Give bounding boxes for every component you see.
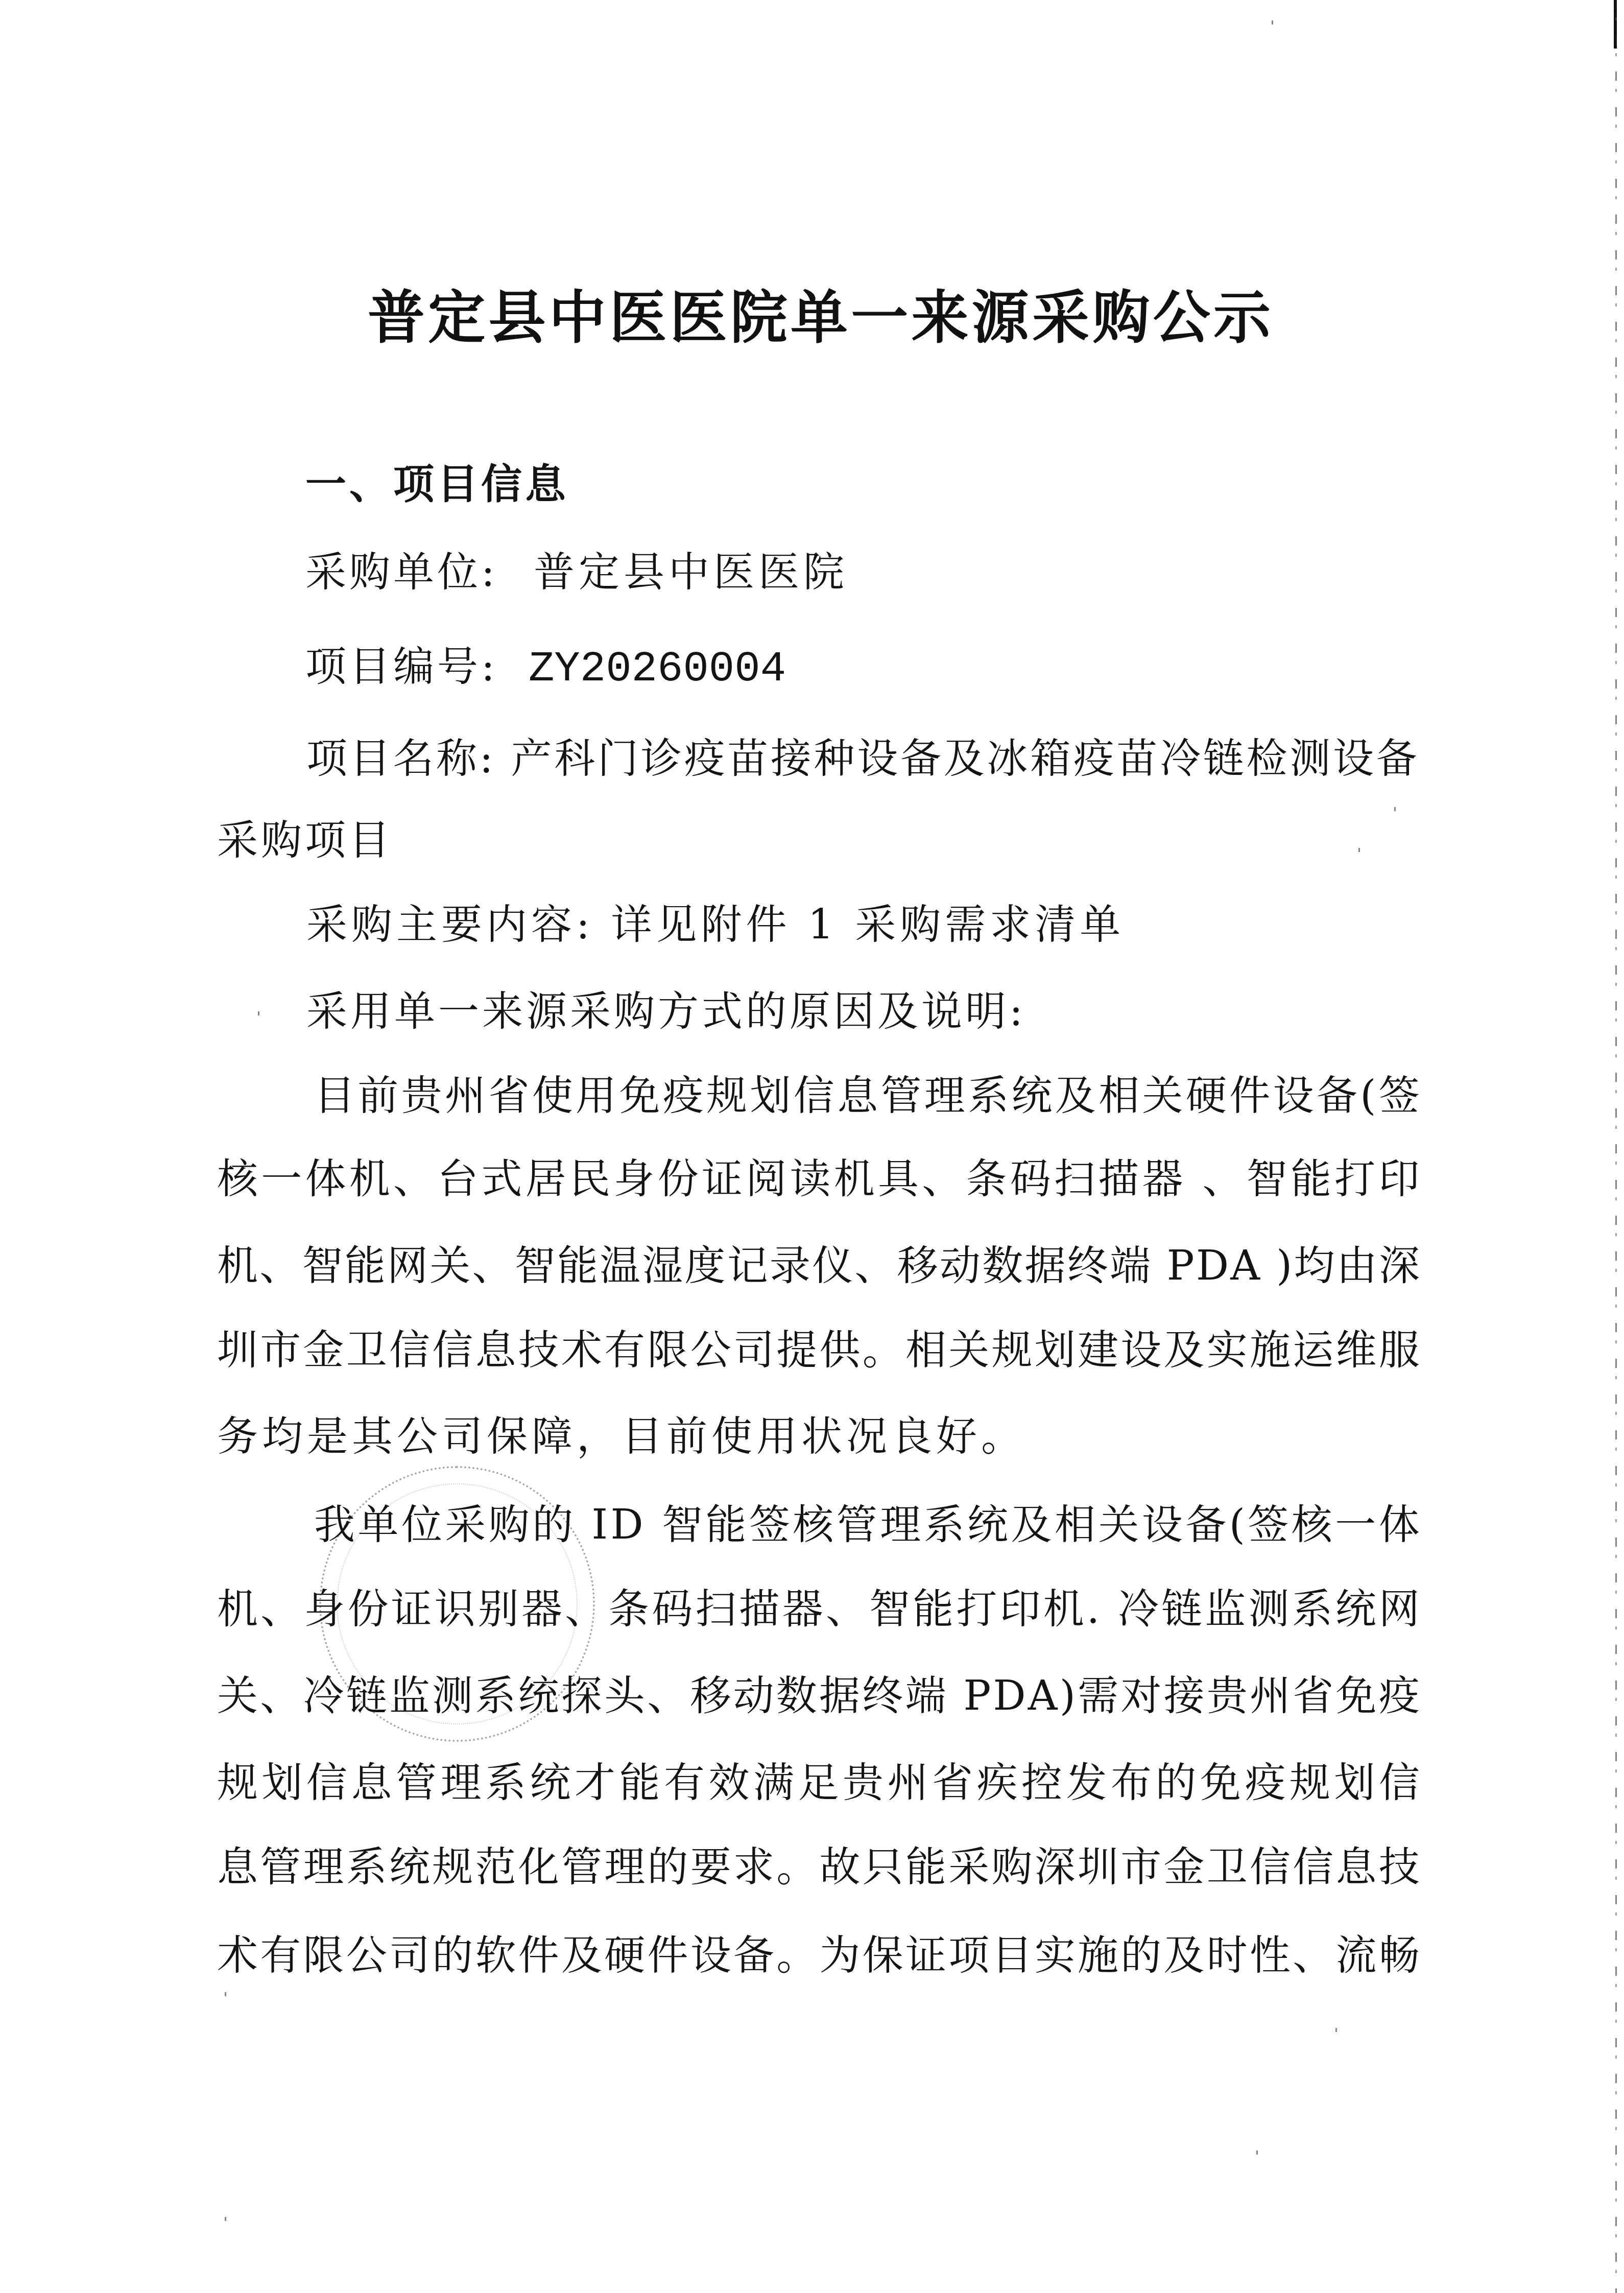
glyph: 效 bbox=[709, 1757, 750, 1808]
glyph: 设 bbox=[857, 733, 898, 784]
glyph: 理 bbox=[880, 1499, 921, 1550]
glyph: 范 bbox=[475, 1841, 516, 1893]
glyph: 圳 bbox=[1078, 1841, 1118, 1893]
glyph: 划 bbox=[1334, 1757, 1375, 1808]
glyph: 体 bbox=[305, 1153, 346, 1204]
paragraph-2-line-5: 息管理系统规范化管理的要求。故只能采购深圳市金卫信信息技 bbox=[217, 1841, 1420, 1893]
glyph: 种 bbox=[814, 733, 855, 784]
glyph: 金 bbox=[1164, 1841, 1205, 1893]
paragraph-1-line-5: 务均是其公司保障，目前使用状况良好。 bbox=[217, 1411, 1026, 1462]
glyph: 疫 bbox=[663, 1070, 704, 1121]
scan-speck bbox=[225, 1992, 226, 1996]
title-glyph: 定 bbox=[428, 283, 486, 352]
scan-edge-line bbox=[1615, 0, 1617, 2293]
glyph: 才 bbox=[575, 1757, 615, 1808]
glyph: 卫 bbox=[1207, 1841, 1248, 1893]
glyph: 检 bbox=[1247, 733, 1287, 784]
paragraph-1-line-4: 圳市金卫信信息技术有限公司提供。相关规划建设及实施运维服 bbox=[217, 1325, 1420, 1376]
glyph: 目 bbox=[992, 1930, 1033, 1981]
glyph: 设 bbox=[1273, 1070, 1314, 1121]
glyph: 产 bbox=[511, 733, 552, 784]
glyph: 识 bbox=[435, 1583, 475, 1635]
glyph: 息 bbox=[217, 1841, 258, 1893]
glyph: 理 bbox=[303, 1841, 344, 1893]
glyph: 息 bbox=[1336, 1841, 1377, 1893]
glyph: 箱 bbox=[1030, 733, 1071, 784]
glyph: 终 bbox=[1067, 1240, 1108, 1291]
glyph: 签 bbox=[749, 1499, 790, 1550]
glyph: 要 bbox=[690, 1841, 731, 1893]
glyph: 公 bbox=[346, 1930, 387, 1981]
glyph: 畅 bbox=[1379, 1930, 1420, 1981]
glyph: 核 bbox=[793, 1499, 833, 1550]
glyph: 、 bbox=[1293, 1930, 1333, 1981]
scan-speck bbox=[1272, 20, 1273, 25]
glyph: 免 bbox=[1336, 1670, 1377, 1721]
glyph: 及 bbox=[1164, 1325, 1205, 1376]
glyph: 据 bbox=[1024, 1240, 1065, 1291]
title-glyph: 普 bbox=[368, 283, 426, 352]
glyph: 求 bbox=[733, 1841, 774, 1893]
glyph: 免 bbox=[1200, 1757, 1241, 1808]
glyph: 扫 bbox=[1054, 1153, 1095, 1204]
glyph: 的 bbox=[532, 1499, 573, 1550]
glyph: 及 bbox=[1055, 1070, 1096, 1121]
purchaser-label: 采购单位: bbox=[305, 548, 498, 596]
glyph: 印 bbox=[1000, 1583, 1041, 1635]
glyph: 的 bbox=[1120, 1930, 1161, 1981]
glyph: 疫 bbox=[1073, 733, 1114, 784]
glyph: 保 bbox=[863, 1930, 903, 1981]
paragraph-2-line-4: 规划信息管理系统才能有效满足贵州省疾控发布的免疫规划信 bbox=[217, 1757, 1420, 1808]
glyph: 份 bbox=[658, 1153, 699, 1204]
glyph: 关 bbox=[948, 1325, 989, 1376]
glyph: 采 bbox=[948, 1841, 989, 1893]
project-name-line-1: 项目名称: 产科门诊疫苗接种设备及冰箱疫苗冷链检测设备 bbox=[306, 733, 1417, 784]
glyph: 苗 bbox=[727, 733, 768, 784]
glyph: 信 bbox=[794, 1070, 834, 1121]
glyph: 机 bbox=[834, 1153, 875, 1204]
glyph: 布 bbox=[1111, 1757, 1152, 1808]
glyph: 信 bbox=[306, 1757, 347, 1808]
glyph: 、 bbox=[565, 1583, 606, 1635]
glyph: 能 bbox=[557, 1240, 598, 1291]
glyph: 系 bbox=[1292, 1583, 1333, 1635]
glyph: 性 bbox=[1250, 1930, 1291, 1981]
glyph: 流 bbox=[1336, 1930, 1377, 1981]
glyph: 采 bbox=[445, 1499, 486, 1550]
project-name-line-2: 采购项目 bbox=[217, 815, 393, 866]
glyph: 信 bbox=[1379, 1757, 1420, 1808]
glyph: 系 bbox=[346, 1841, 387, 1893]
title-glyph: 一 bbox=[851, 283, 909, 352]
glyph: 打 bbox=[956, 1583, 997, 1635]
glyph: 疾 bbox=[977, 1757, 1018, 1808]
glyph: 技 bbox=[518, 1325, 559, 1376]
glyph: 湿 bbox=[642, 1240, 683, 1291]
glyph: 项 bbox=[306, 733, 347, 784]
glyph: 需 bbox=[1078, 1670, 1118, 1721]
glyph: 州 bbox=[1250, 1670, 1291, 1721]
glyph: 设 bbox=[1142, 1499, 1183, 1550]
scan-speck bbox=[1256, 2150, 1258, 2155]
glyph: 统 bbox=[389, 1841, 430, 1893]
glyph: 备 bbox=[1376, 733, 1417, 784]
glyph: 圳 bbox=[217, 1325, 258, 1376]
paragraph-1-line-1: 目前贵州省使用免疫规划信息管理系统及相关硬件设备(签 bbox=[314, 1070, 1420, 1121]
glyph: P bbox=[963, 1670, 991, 1721]
glyph: 理 bbox=[924, 1070, 965, 1121]
glyph: 智 bbox=[869, 1583, 910, 1635]
glyph: 息 bbox=[475, 1325, 516, 1376]
glyph: 规 bbox=[217, 1757, 258, 1808]
title-glyph: 医 bbox=[670, 283, 728, 352]
glyph: ( bbox=[1360, 1070, 1376, 1121]
glyph: 术 bbox=[561, 1325, 602, 1376]
glyph: 有 bbox=[604, 1325, 645, 1376]
glyph: 关 bbox=[1098, 1499, 1139, 1550]
paragraph-2-line-3: 关、冷链监测系统探头、移动数据终端 PDA)需对接贵州省免疫 bbox=[217, 1670, 1420, 1721]
scan-speck bbox=[225, 2217, 226, 2221]
glyph: 能 bbox=[619, 1757, 660, 1808]
glyph: 疫 bbox=[1379, 1670, 1420, 1721]
glyph: 一 bbox=[1335, 1499, 1376, 1550]
glyph: 管 bbox=[561, 1841, 602, 1893]
glyph: 硬 bbox=[604, 1930, 645, 1981]
glyph: 发 bbox=[1066, 1757, 1107, 1808]
purchaser-row: 采购单位:普定县中医医院 bbox=[305, 547, 848, 598]
glyph: 对 bbox=[1120, 1670, 1161, 1721]
glyph: 描 bbox=[1098, 1153, 1139, 1204]
glyph: 相 bbox=[1055, 1499, 1095, 1550]
glyph: 规 bbox=[1289, 1757, 1330, 1808]
project-number-label: 项目编号: bbox=[305, 643, 498, 690]
glyph: 件 bbox=[1229, 1070, 1270, 1121]
glyph: 移 bbox=[897, 1240, 938, 1291]
scan-speck bbox=[258, 1011, 259, 1015]
glyph: 及 bbox=[561, 1930, 602, 1981]
glyph: 管 bbox=[260, 1841, 301, 1893]
glyph: 证 bbox=[702, 1153, 743, 1204]
glyph: 条 bbox=[608, 1583, 649, 1635]
glyph: 、 bbox=[855, 1240, 896, 1291]
glyph: D bbox=[1196, 1240, 1229, 1291]
glyph: A bbox=[1028, 1670, 1058, 1721]
glyph: 管 bbox=[837, 1499, 877, 1550]
glyph: . bbox=[1087, 1583, 1100, 1635]
project-number-row: 项目编号:ZY20260004 bbox=[305, 641, 786, 692]
glyph bbox=[948, 1670, 961, 1721]
glyph: 信 bbox=[1293, 1841, 1333, 1893]
glyph: 一 bbox=[261, 1153, 302, 1204]
glyph: 名 bbox=[393, 733, 434, 784]
glyph: 市 bbox=[260, 1325, 301, 1376]
glyph: 贵 bbox=[843, 1757, 883, 1808]
glyph: 接 bbox=[771, 733, 811, 784]
glyph: 、 bbox=[260, 1670, 301, 1721]
glyph: 核 bbox=[217, 1153, 258, 1204]
glyph: 器 bbox=[521, 1583, 562, 1635]
glyph: ( bbox=[1229, 1499, 1245, 1550]
glyph: 读 bbox=[790, 1153, 830, 1204]
glyph: 免 bbox=[619, 1070, 660, 1121]
glyph: 动 bbox=[940, 1240, 981, 1291]
glyph: 码 bbox=[1010, 1153, 1051, 1204]
glyph: 门 bbox=[598, 733, 638, 784]
title-glyph: 源 bbox=[972, 283, 1030, 352]
glyph: 购 bbox=[992, 1841, 1033, 1893]
glyph: 划 bbox=[1035, 1325, 1076, 1376]
glyph: 数 bbox=[776, 1670, 817, 1721]
glyph: 技 bbox=[1379, 1841, 1420, 1893]
glyph: 有 bbox=[260, 1930, 301, 1981]
glyph: 测 bbox=[432, 1670, 473, 1721]
glyph: 维 bbox=[1336, 1325, 1377, 1376]
glyph: 件 bbox=[518, 1930, 559, 1981]
glyph: 民 bbox=[569, 1153, 610, 1204]
glyph: 份 bbox=[347, 1583, 388, 1635]
glyph: 使 bbox=[532, 1070, 573, 1121]
glyph: 信 bbox=[389, 1325, 430, 1376]
glyph: 司 bbox=[733, 1325, 774, 1376]
glyph: 供 bbox=[820, 1325, 861, 1376]
glyph: 、 bbox=[260, 1583, 301, 1635]
section-heading-project-info: 一、项目信息 bbox=[305, 459, 591, 510]
glyph: 为 bbox=[820, 1930, 861, 1981]
paragraph-1-line-3: 机、智能网关、智能温湿度记录仪、移动数据终端 PDA )均由深 bbox=[217, 1240, 1420, 1291]
glyph: 有 bbox=[664, 1757, 705, 1808]
title-glyph: 示 bbox=[1213, 283, 1272, 352]
glyph: 台 bbox=[437, 1153, 478, 1204]
glyph: 据 bbox=[819, 1670, 860, 1721]
paragraph-2-line-2: 机、身份证识别器、条码扫描器、智能打印机. 冷链监测系统网 bbox=[217, 1583, 1420, 1635]
glyph: 建 bbox=[1078, 1325, 1118, 1376]
glyph: 记 bbox=[727, 1240, 768, 1291]
main-content-row: 采购主要内容: 详见附件 1 采购需求清单 bbox=[306, 899, 1125, 950]
glyph: 金 bbox=[303, 1325, 344, 1376]
glyph: 备 bbox=[733, 1930, 774, 1981]
glyph: 系 bbox=[924, 1499, 965, 1550]
glyph: 系 bbox=[475, 1670, 516, 1721]
glyph: I bbox=[592, 1499, 608, 1550]
glyph: 及 bbox=[944, 733, 985, 784]
glyph: 数 bbox=[982, 1240, 1023, 1291]
glyph: 、 bbox=[647, 1670, 688, 1721]
scan-speck bbox=[1335, 2028, 1337, 2032]
glyph: 机 bbox=[349, 1153, 390, 1204]
glyph: 规 bbox=[992, 1325, 1033, 1376]
glyph: 身 bbox=[613, 1153, 654, 1204]
glyph: 目 bbox=[350, 733, 391, 784]
glyph: 头 bbox=[604, 1670, 645, 1721]
glyph: 均 bbox=[1294, 1240, 1334, 1291]
glyph: 疫 bbox=[684, 733, 725, 784]
glyph: 相 bbox=[905, 1325, 946, 1376]
glyph: 智 bbox=[1247, 1153, 1287, 1204]
title-glyph: 院 bbox=[730, 283, 789, 352]
title-glyph: 县 bbox=[489, 283, 547, 352]
glyph: 链 bbox=[346, 1670, 387, 1721]
glyph: 单 bbox=[357, 1499, 398, 1550]
glyph: 智 bbox=[662, 1499, 703, 1550]
glyph: 科 bbox=[554, 733, 595, 784]
glyph: 备 bbox=[1185, 1499, 1226, 1550]
glyph: 划 bbox=[750, 1070, 791, 1121]
glyph: 智 bbox=[515, 1240, 556, 1291]
glyph: 位 bbox=[401, 1499, 442, 1550]
glyph: 深 bbox=[1035, 1841, 1076, 1893]
glyph: D bbox=[993, 1670, 1025, 1721]
glyph: 网 bbox=[387, 1240, 428, 1291]
reason-label: 采用单一来源采购方式的原因及说明: bbox=[306, 986, 1026, 1037]
glyph: 、 bbox=[826, 1583, 867, 1635]
glyph: 省 bbox=[488, 1070, 529, 1121]
glyph: 管 bbox=[396, 1757, 437, 1808]
glyph: ) bbox=[1060, 1670, 1076, 1721]
glyph: 体 bbox=[1379, 1499, 1420, 1550]
glyph: 足 bbox=[798, 1757, 839, 1808]
glyph: 、 bbox=[922, 1153, 963, 1204]
glyph: 冷 bbox=[1118, 1583, 1159, 1635]
glyph: 端 bbox=[1110, 1240, 1151, 1291]
purchaser-value: 普定县中医医院 bbox=[534, 548, 848, 596]
glyph: 疫 bbox=[1245, 1757, 1286, 1808]
title-glyph: 单 bbox=[791, 283, 849, 352]
title-glyph: 医 bbox=[609, 283, 667, 352]
glyph: 能 bbox=[905, 1841, 946, 1893]
glyph: 链 bbox=[1161, 1583, 1202, 1635]
glyph: 贵 bbox=[401, 1070, 442, 1121]
glyph: 理 bbox=[441, 1757, 482, 1808]
glyph: 、 bbox=[393, 1153, 434, 1204]
title-glyph: 购 bbox=[1092, 283, 1151, 352]
glyph: 限 bbox=[303, 1930, 344, 1981]
glyph: 条 bbox=[966, 1153, 1007, 1204]
glyph: 器 bbox=[1142, 1153, 1183, 1204]
glyph: 软 bbox=[475, 1930, 516, 1981]
glyph bbox=[646, 1499, 659, 1550]
glyph: 由 bbox=[1336, 1240, 1377, 1291]
glyph: 接 bbox=[1164, 1670, 1205, 1721]
glyph: 深 bbox=[1379, 1240, 1420, 1291]
glyph: P bbox=[1167, 1240, 1195, 1291]
glyph: 用 bbox=[576, 1070, 616, 1121]
glyph: 证 bbox=[391, 1583, 432, 1635]
glyph: 具 bbox=[878, 1153, 919, 1204]
glyph: 统 bbox=[1335, 1583, 1376, 1635]
glyph: 网 bbox=[1379, 1583, 1420, 1635]
glyph: 统 bbox=[967, 1499, 1008, 1550]
glyph: 化 bbox=[518, 1841, 559, 1893]
glyph: 核 bbox=[1292, 1499, 1332, 1550]
glyph: 的 bbox=[648, 1841, 688, 1893]
glyph: 测 bbox=[1289, 733, 1330, 784]
glyph: 关 bbox=[217, 1670, 258, 1721]
glyph: 、 bbox=[259, 1240, 300, 1291]
glyph: 机 bbox=[217, 1240, 258, 1291]
glyph: 阅 bbox=[746, 1153, 786, 1204]
glyph: 能 bbox=[705, 1499, 746, 1550]
glyph: 硬 bbox=[1186, 1070, 1227, 1121]
glyph: 终 bbox=[862, 1670, 903, 1721]
glyph: 打 bbox=[1334, 1153, 1375, 1204]
glyph: 项 bbox=[948, 1930, 989, 1981]
glyph: 件 bbox=[648, 1930, 688, 1981]
glyph: 故 bbox=[820, 1841, 861, 1893]
glyph bbox=[1261, 1240, 1274, 1291]
glyph: 提 bbox=[776, 1325, 817, 1376]
glyph: 划 bbox=[262, 1757, 303, 1808]
glyph: 卫 bbox=[346, 1325, 387, 1376]
glyph: 。 bbox=[776, 1930, 817, 1981]
glyph: 式 bbox=[482, 1153, 522, 1204]
glyph: 别 bbox=[478, 1583, 519, 1635]
glyph: ) bbox=[1276, 1240, 1292, 1291]
glyph: 签 bbox=[1379, 1070, 1420, 1121]
glyph: 冷 bbox=[303, 1670, 344, 1721]
glyph: 苗 bbox=[1116, 733, 1157, 784]
glyph: 息 bbox=[837, 1070, 878, 1121]
glyph: 设 bbox=[690, 1930, 731, 1981]
glyph: 签 bbox=[1248, 1499, 1288, 1550]
glyph: 关 bbox=[1142, 1070, 1183, 1121]
glyph: 实 bbox=[1035, 1930, 1076, 1981]
glyph: 管 bbox=[880, 1070, 921, 1121]
glyph: 目 bbox=[314, 1070, 355, 1121]
glyph: 动 bbox=[733, 1670, 774, 1721]
glyph: 设 bbox=[1120, 1325, 1161, 1376]
glyph: 温 bbox=[600, 1240, 640, 1291]
glyph: 规 bbox=[432, 1841, 473, 1893]
glyph bbox=[1152, 1240, 1165, 1291]
glyph: 息 bbox=[351, 1757, 392, 1808]
glyph: 能 bbox=[345, 1240, 386, 1291]
glyph: 前 bbox=[357, 1070, 398, 1121]
glyph: 实 bbox=[1207, 1325, 1248, 1376]
glyph: 市 bbox=[1120, 1841, 1161, 1893]
glyph: 设 bbox=[1333, 733, 1374, 784]
document-title: 普定县中医医院单一来源采购公示 bbox=[368, 283, 1272, 352]
glyph: 贵 bbox=[1207, 1670, 1248, 1721]
glyph: 统 bbox=[518, 1670, 559, 1721]
glyph: 智 bbox=[302, 1240, 343, 1291]
glyph: 印 bbox=[1379, 1153, 1420, 1204]
glyph: 理 bbox=[604, 1841, 645, 1893]
glyph: 统 bbox=[530, 1757, 571, 1808]
glyph: 限 bbox=[648, 1325, 688, 1376]
glyph: 、 bbox=[1203, 1153, 1244, 1204]
glyph: 系 bbox=[485, 1757, 526, 1808]
glyph: 及 bbox=[1164, 1930, 1205, 1981]
glyph: 相 bbox=[1098, 1070, 1139, 1121]
glyph: 公 bbox=[690, 1325, 731, 1376]
glyph: 关 bbox=[429, 1240, 470, 1291]
title-glyph: 采 bbox=[1032, 283, 1090, 352]
glyph bbox=[1102, 1583, 1115, 1635]
glyph: 称 bbox=[436, 733, 477, 784]
glyph: 运 bbox=[1293, 1325, 1333, 1376]
glyph: 控 bbox=[1021, 1757, 1062, 1808]
paragraph-2-line-1: 我单位采购的 ID 智能签核管理系统及相关设备(签核一体 bbox=[314, 1499, 1420, 1550]
glyph: 链 bbox=[1203, 733, 1244, 784]
glyph: 系 bbox=[968, 1070, 1009, 1121]
glyph: 施 bbox=[1078, 1930, 1118, 1981]
glyph: 信 bbox=[1250, 1841, 1291, 1893]
glyph: 器 bbox=[782, 1583, 823, 1635]
glyph: 移 bbox=[690, 1670, 731, 1721]
glyph: 录 bbox=[770, 1240, 810, 1291]
glyph: 诊 bbox=[641, 733, 682, 784]
